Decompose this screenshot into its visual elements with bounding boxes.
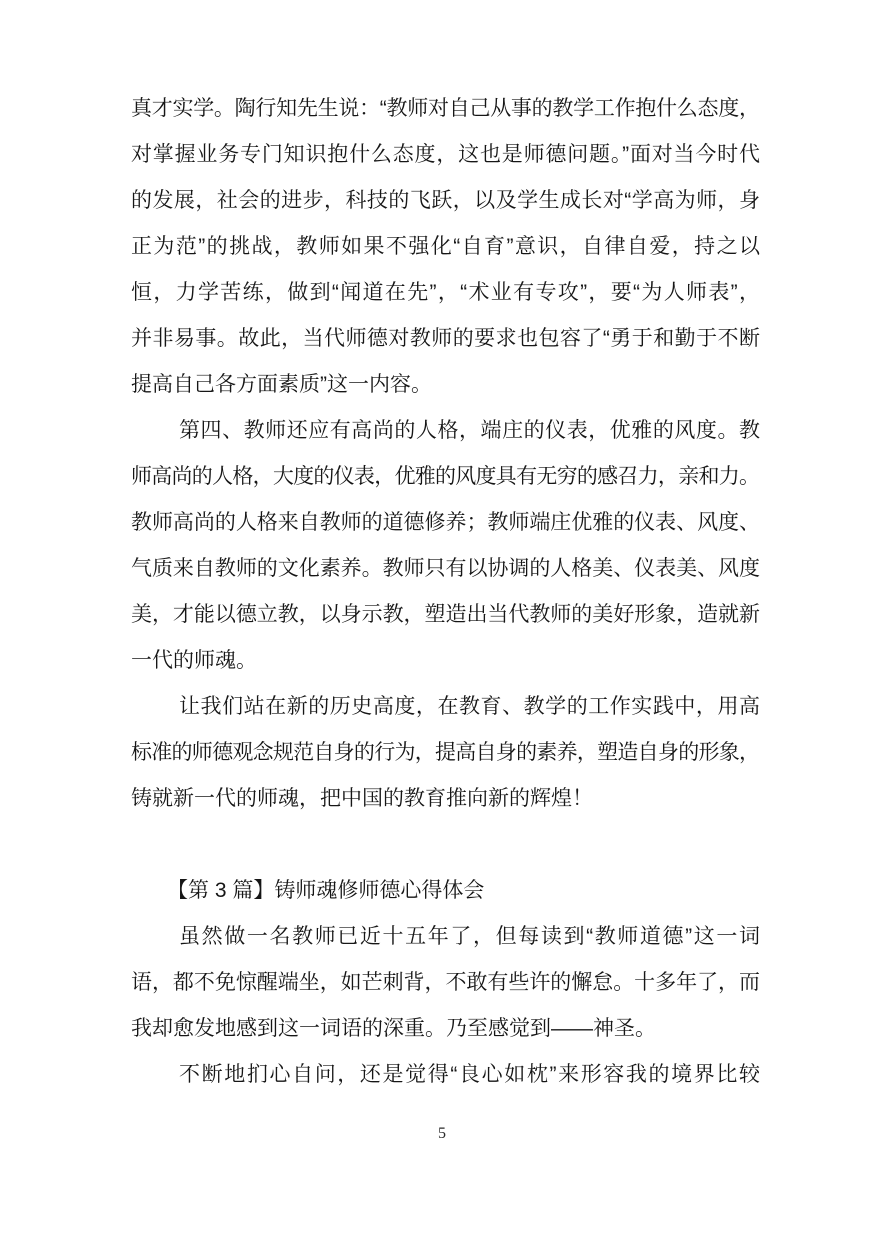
- section-heading: 【第 3 篇】铸师魂修师德心得体会: [131, 868, 758, 914]
- body-line: 我却愈发地感到这一词语的深重。乃至感觉到——神圣。: [131, 1006, 758, 1052]
- body-line: 教师高尚的人格来自教师的道德修养；教师端庄优雅的仪表、风度、: [131, 500, 758, 546]
- body-line: 提高自己各方面素质”这一内容。: [131, 362, 758, 408]
- body-line: 一代的师魂。: [131, 638, 758, 684]
- body-line: 虽然做一名教师已近十五年了，但每读到“教师道德”这一词: [131, 914, 758, 960]
- document-page: 真才实学。陶行知先生说：“教师对自己从事的教学工作抱什么态度， 对掌握业务专门知…: [0, 0, 884, 1250]
- document-body: 真才实学。陶行知先生说：“教师对自己从事的教学工作抱什么态度， 对掌握业务专门知…: [131, 86, 758, 1098]
- body-line: 语，都不免惊醒端坐，如芒刺背，不敢有些许的懈怠。十多年了，而: [131, 960, 758, 1006]
- body-line: 标准的师德观念规范自身的行为，提高自身的素养，塑造自身的形象，: [131, 730, 758, 776]
- body-line: 的发展，社会的进步，科技的飞跃，以及学生成长对“学高为师，身: [131, 178, 758, 224]
- body-line: 第四、教师还应有高尚的人格，端庄的仪表，优雅的风度。教: [131, 408, 758, 454]
- body-line: 铸就新一代的师魂，把中国的教育推向新的辉煌！: [131, 776, 758, 822]
- body-line: 师高尚的人格，大度的仪表，优雅的风度具有无穷的感召力，亲和力。: [131, 454, 758, 500]
- body-line: 恒，力学苦练，做到“闻道在先”，“术业有专攻”，要“为人师表”，: [131, 270, 758, 316]
- body-line: 正为范”的挑战，教师如果不强化“自育”意识，自律自爱，持之以: [131, 224, 758, 270]
- body-line: 气质来自教师的文化素养。教师只有以协调的人格美、仪表美、风度: [131, 546, 758, 592]
- body-line: 让我们站在新的历史高度，在教育、教学的工作实践中，用高: [131, 684, 758, 730]
- body-line: 美，才能以德立教，以身示教，塑造出当代教师的美好形象，造就新: [131, 592, 758, 638]
- page-number: 5: [0, 1122, 884, 1146]
- body-line: 对掌握业务专门知识抱什么态度，这也是师德问题。”面对当今时代: [131, 132, 758, 178]
- body-line: 真才实学。陶行知先生说：“教师对自己从事的教学工作抱什么态度，: [131, 86, 758, 132]
- body-line: 并非易事。故此，当代师德对教师的要求也包容了“勇于和勤于不断: [131, 316, 758, 362]
- body-line: 不断地扪心自问，还是觉得“良心如枕”来形容我的境界比较: [131, 1052, 758, 1098]
